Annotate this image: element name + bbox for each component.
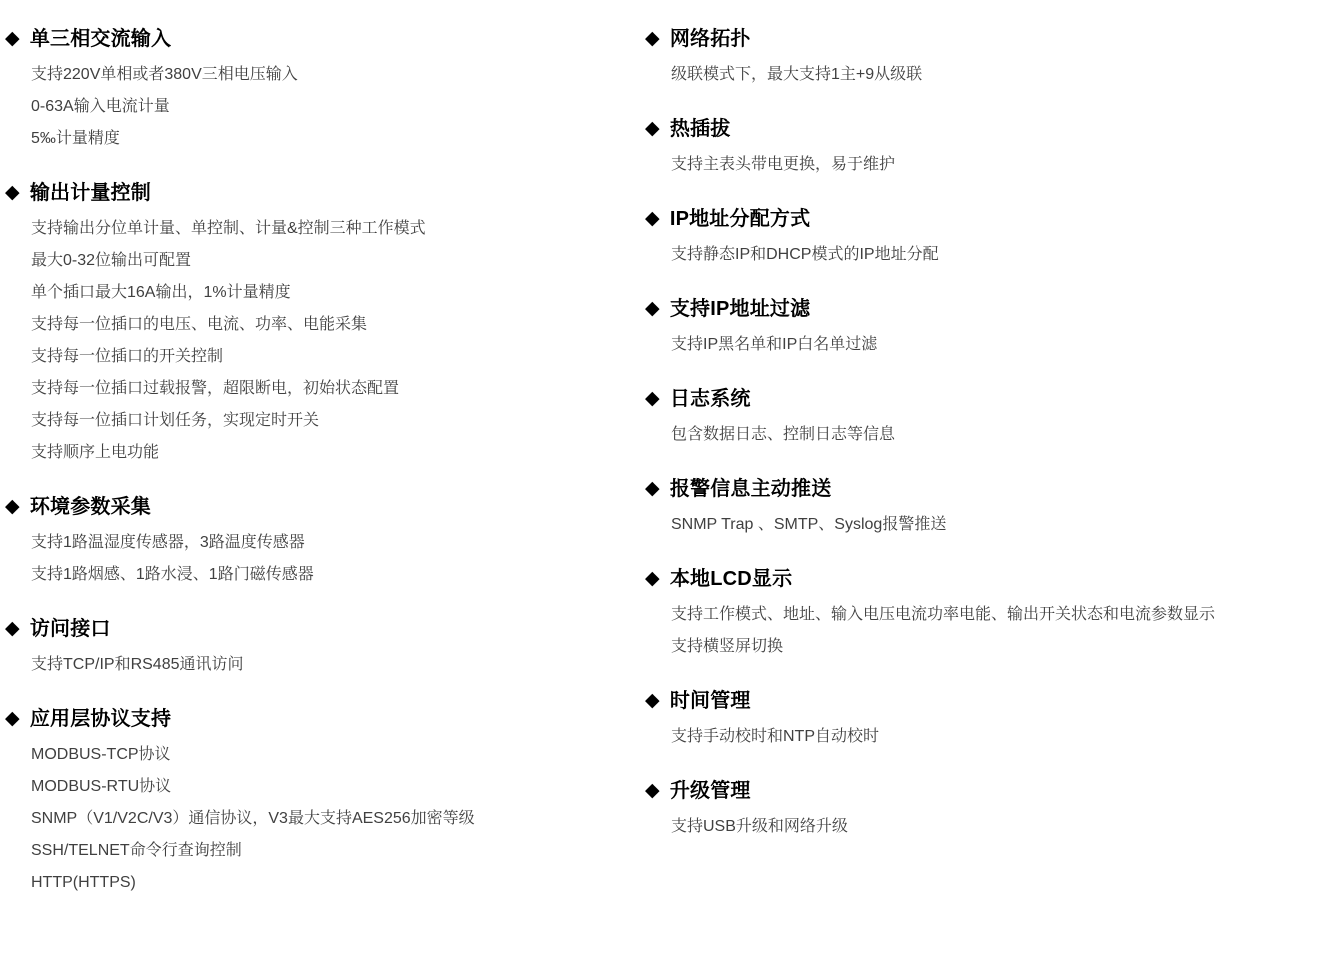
diamond-bullet-icon: ◆	[645, 389, 660, 408]
feature-item: 支持每一位插口计划任务，实现定时开关	[31, 405, 645, 437]
section-heading: ◆ 访问接口	[5, 616, 645, 642]
section-heading: ◆ 时间管理	[645, 688, 1326, 714]
diamond-bullet-icon: ◆	[645, 479, 660, 498]
feature-list: 支持USB升级和网络升级	[645, 811, 1326, 843]
feature-section: ◆ 支持IP地址过滤 支持IP黑名单和IP白名单过滤	[645, 296, 1326, 361]
feature-item: SSH/TELNET命令行查询控制	[31, 835, 645, 867]
feature-list: 支持工作模式、地址、输入电压电流功率电能、输出开关状态和电流参数显示支持横竖屏切…	[645, 599, 1326, 663]
diamond-bullet-icon: ◆	[645, 691, 660, 710]
feature-item: 5‰计量精度	[31, 123, 645, 155]
feature-item: 支持IP黑名单和IP白名单过滤	[671, 329, 1326, 361]
section-heading: ◆ 本地LCD显示	[645, 566, 1326, 592]
feature-column-left: ◆ 单三相交流输入 支持220V单相或者380V三相电压输入0-63A输入电流计…	[5, 26, 645, 972]
section-heading: ◆ 日志系统	[645, 386, 1326, 412]
feature-item: MODBUS-RTU协议	[31, 771, 645, 803]
feature-list: 支持TCP/IP和RS485通讯访问	[5, 649, 645, 681]
section-heading: ◆ 输出计量控制	[5, 180, 645, 206]
feature-item: SNMP Trap 、SMTP、Syslog报警推送	[671, 509, 1326, 541]
section-heading: ◆ 支持IP地址过滤	[645, 296, 1326, 322]
feature-sheet: ◆ 单三相交流输入 支持220V单相或者380V三相电压输入0-63A输入电流计…	[0, 0, 1326, 972]
feature-list: 支持220V单相或者380V三相电压输入0-63A输入电流计量5‰计量精度	[5, 59, 645, 155]
feature-item: SNMP（V1/V2C/V3）通信协议，V3最大支持AES256加密等级	[31, 803, 645, 835]
section-title: 时间管理	[670, 688, 751, 714]
diamond-bullet-icon: ◆	[5, 497, 20, 516]
feature-list: SNMP Trap 、SMTP、Syslog报警推送	[645, 509, 1326, 541]
section-heading: ◆ 网络拓扑	[645, 26, 1326, 52]
section-title: 升级管理	[670, 778, 751, 804]
diamond-bullet-icon: ◆	[5, 29, 20, 48]
feature-section: ◆ 应用层协议支持 MODBUS-TCP协议MODBUS-RTU协议SNMP（V…	[5, 706, 645, 899]
section-heading: ◆ IP地址分配方式	[645, 206, 1326, 232]
section-title: IP地址分配方式	[670, 206, 811, 232]
section-heading: ◆ 报警信息主动推送	[645, 476, 1326, 502]
section-heading: ◆ 单三相交流输入	[5, 26, 645, 52]
diamond-bullet-icon: ◆	[645, 299, 660, 318]
feature-item: 支持顺序上电功能	[31, 437, 645, 469]
feature-section: ◆ 热插拔 支持主表头带电更换，易于维护	[645, 116, 1326, 181]
section-title: 本地LCD显示	[670, 566, 793, 592]
diamond-bullet-icon: ◆	[5, 183, 20, 202]
diamond-bullet-icon: ◆	[645, 29, 660, 48]
feature-item: 支持220V单相或者380V三相电压输入	[31, 59, 645, 91]
feature-item: 支持1路烟感、1路水浸、1路门磁传感器	[31, 559, 645, 591]
feature-list: 支持1路温湿度传感器，3路温度传感器支持1路烟感、1路水浸、1路门磁传感器	[5, 527, 645, 591]
section-title: 支持IP地址过滤	[670, 296, 811, 322]
feature-section: ◆ 时间管理 支持手动校时和NTP自动校时	[645, 688, 1326, 753]
feature-item: 0-63A输入电流计量	[31, 91, 645, 123]
feature-section: ◆ 日志系统 包含数据日志、控制日志等信息	[645, 386, 1326, 451]
section-heading: ◆ 热插拔	[645, 116, 1326, 142]
feature-item: 支持USB升级和网络升级	[671, 811, 1326, 843]
feature-section: ◆ IP地址分配方式 支持静态IP和DHCP模式的IP地址分配	[645, 206, 1326, 271]
feature-section: ◆ 输出计量控制 支持输出分位单计量、单控制、计量&控制三种工作模式最大0-32…	[5, 180, 645, 469]
section-heading: ◆ 环境参数采集	[5, 494, 645, 520]
section-title: 日志系统	[670, 386, 751, 412]
section-title: 热插拔	[670, 116, 731, 142]
feature-item: 支持主表头带电更换，易于维护	[671, 149, 1326, 181]
feature-item: 支持每一位插口过载报警，超限断电，初始状态配置	[31, 373, 645, 405]
section-title: 环境参数采集	[30, 494, 151, 520]
feature-item: 支持手动校时和NTP自动校时	[671, 721, 1326, 753]
feature-list: 支持主表头带电更换，易于维护	[645, 149, 1326, 181]
feature-list: 支持静态IP和DHCP模式的IP地址分配	[645, 239, 1326, 271]
diamond-bullet-icon: ◆	[645, 781, 660, 800]
diamond-bullet-icon: ◆	[5, 619, 20, 638]
feature-item: 单个插口最大16A输出，1%计量精度	[31, 277, 645, 309]
feature-item: 级联模式下，最大支持1主+9从级联	[671, 59, 1326, 91]
feature-item: 支持1路温湿度传感器，3路温度传感器	[31, 527, 645, 559]
feature-column-right: ◆ 网络拓扑 级联模式下，最大支持1主+9从级联 ◆ 热插拔 支持主表头带电更换…	[645, 26, 1326, 972]
feature-list: 包含数据日志、控制日志等信息	[645, 419, 1326, 451]
feature-item: 支持工作模式、地址、输入电压电流功率电能、输出开关状态和电流参数显示	[671, 599, 1326, 631]
feature-list: 支持输出分位单计量、单控制、计量&控制三种工作模式最大0-32位输出可配置单个插…	[5, 213, 645, 469]
feature-item: 最大0-32位输出可配置	[31, 245, 645, 277]
feature-item: 支持横竖屏切换	[671, 631, 1326, 663]
feature-section: ◆ 报警信息主动推送 SNMP Trap 、SMTP、Syslog报警推送	[645, 476, 1326, 541]
section-title: 单三相交流输入	[30, 26, 171, 52]
feature-list: 级联模式下，最大支持1主+9从级联	[645, 59, 1326, 91]
section-heading: ◆ 应用层协议支持	[5, 706, 645, 732]
feature-item: HTTP(HTTPS)	[31, 867, 645, 899]
feature-list: MODBUS-TCP协议MODBUS-RTU协议SNMP（V1/V2C/V3）通…	[5, 739, 645, 899]
feature-item: 支持每一位插口的开关控制	[31, 341, 645, 373]
feature-list: 支持IP黑名单和IP白名单过滤	[645, 329, 1326, 361]
feature-section: ◆ 本地LCD显示 支持工作模式、地址、输入电压电流功率电能、输出开关状态和电流…	[645, 566, 1326, 663]
feature-section: ◆ 访问接口 支持TCP/IP和RS485通讯访问	[5, 616, 645, 681]
diamond-bullet-icon: ◆	[645, 569, 660, 588]
feature-item: MODBUS-TCP协议	[31, 739, 645, 771]
feature-section: ◆ 单三相交流输入 支持220V单相或者380V三相电压输入0-63A输入电流计…	[5, 26, 645, 155]
diamond-bullet-icon: ◆	[645, 119, 660, 138]
section-title: 应用层协议支持	[30, 706, 171, 732]
diamond-bullet-icon: ◆	[645, 209, 660, 228]
feature-item: 支持输出分位单计量、单控制、计量&控制三种工作模式	[31, 213, 645, 245]
section-title: 访问接口	[30, 616, 111, 642]
feature-section: ◆ 环境参数采集 支持1路温湿度传感器，3路温度传感器支持1路烟感、1路水浸、1…	[5, 494, 645, 591]
section-title: 报警信息主动推送	[670, 476, 832, 502]
section-title: 输出计量控制	[30, 180, 151, 206]
feature-section: ◆ 网络拓扑 级联模式下，最大支持1主+9从级联	[645, 26, 1326, 91]
feature-item: 支持每一位插口的电压、电流、功率、电能采集	[31, 309, 645, 341]
feature-item: 支持静态IP和DHCP模式的IP地址分配	[671, 239, 1326, 271]
feature-list: 支持手动校时和NTP自动校时	[645, 721, 1326, 753]
feature-item: 支持TCP/IP和RS485通讯访问	[31, 649, 645, 681]
section-title: 网络拓扑	[670, 26, 751, 52]
section-heading: ◆ 升级管理	[645, 778, 1326, 804]
feature-item: 包含数据日志、控制日志等信息	[671, 419, 1326, 451]
diamond-bullet-icon: ◆	[5, 709, 20, 728]
feature-section: ◆ 升级管理 支持USB升级和网络升级	[645, 778, 1326, 843]
